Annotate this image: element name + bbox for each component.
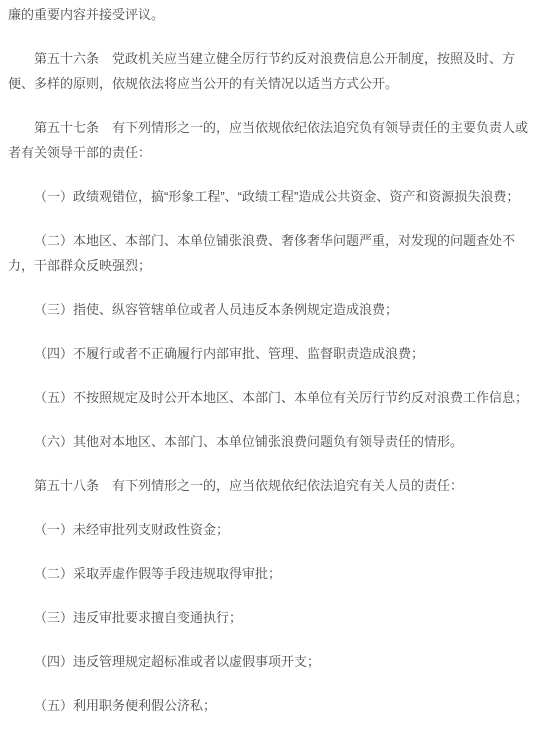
paragraph-article-57-item-6: （六）其他对本地区、本部门、本单位铺张浪费问题负有领导责任的情形。 (8, 429, 532, 454)
document-page: 廉的重要内容并接受评议。 第五十六条 党政机关应当建立健全厉行节约反对浪费信息公… (0, 0, 554, 732)
paragraph-article-57-item-1: （一）政绩观错位，搞“形象工程”、“政绩工程”造成公共资金、资产和资源损失浪费； (8, 184, 532, 209)
paragraph-article-58-item-5: （五）利用职务便利假公济私； (8, 693, 532, 718)
paragraph-article-58-item-3: （三）违反审批要求擅自变通执行； (8, 605, 532, 630)
paragraph-article-57: 第五十七条 有下列情形之一的，应当依规依纪依法追究负有领导责任的主要负责人或者有… (8, 115, 532, 165)
paragraph-article-57-item-2: （二）本地区、本部门、本单位铺张浪费、奢侈奢华问题严重，对发现的问题查处不力，干… (8, 228, 532, 278)
paragraph-article-57-item-5: （五）不按照规定及时公开本地区、本部门、本单位有关厉行节约反对浪费工作信息； (8, 385, 532, 410)
paragraph-article-57-item-3: （三）指使、纵容管辖单位或者人员违反本条例规定造成浪费； (8, 297, 532, 322)
paragraph-article-58-item-1: （一）未经审批列支财政性资金； (8, 517, 532, 542)
paragraph-article-58: 第五十八条 有下列情形之一的，应当依规依纪依法追究有关人员的责任： (8, 473, 532, 498)
paragraph-article-58-item-4: （四）违反管理规定超标准或者以虚假事项开支； (8, 649, 532, 674)
paragraph-article-56: 第五十六条 党政机关应当建立健全厉行节约反对浪费信息公开制度，按照及时、方便、多… (8, 46, 532, 96)
paragraph-article-57-item-4: （四）不履行或者不正确履行内部审批、管理、监督职责造成浪费； (8, 341, 532, 366)
paragraph-article-58-item-2: （二）采取弄虚作假等手段违规取得审批； (8, 561, 532, 586)
paragraph-continuation-line: 廉的重要内容并接受评议。 (8, 2, 532, 27)
